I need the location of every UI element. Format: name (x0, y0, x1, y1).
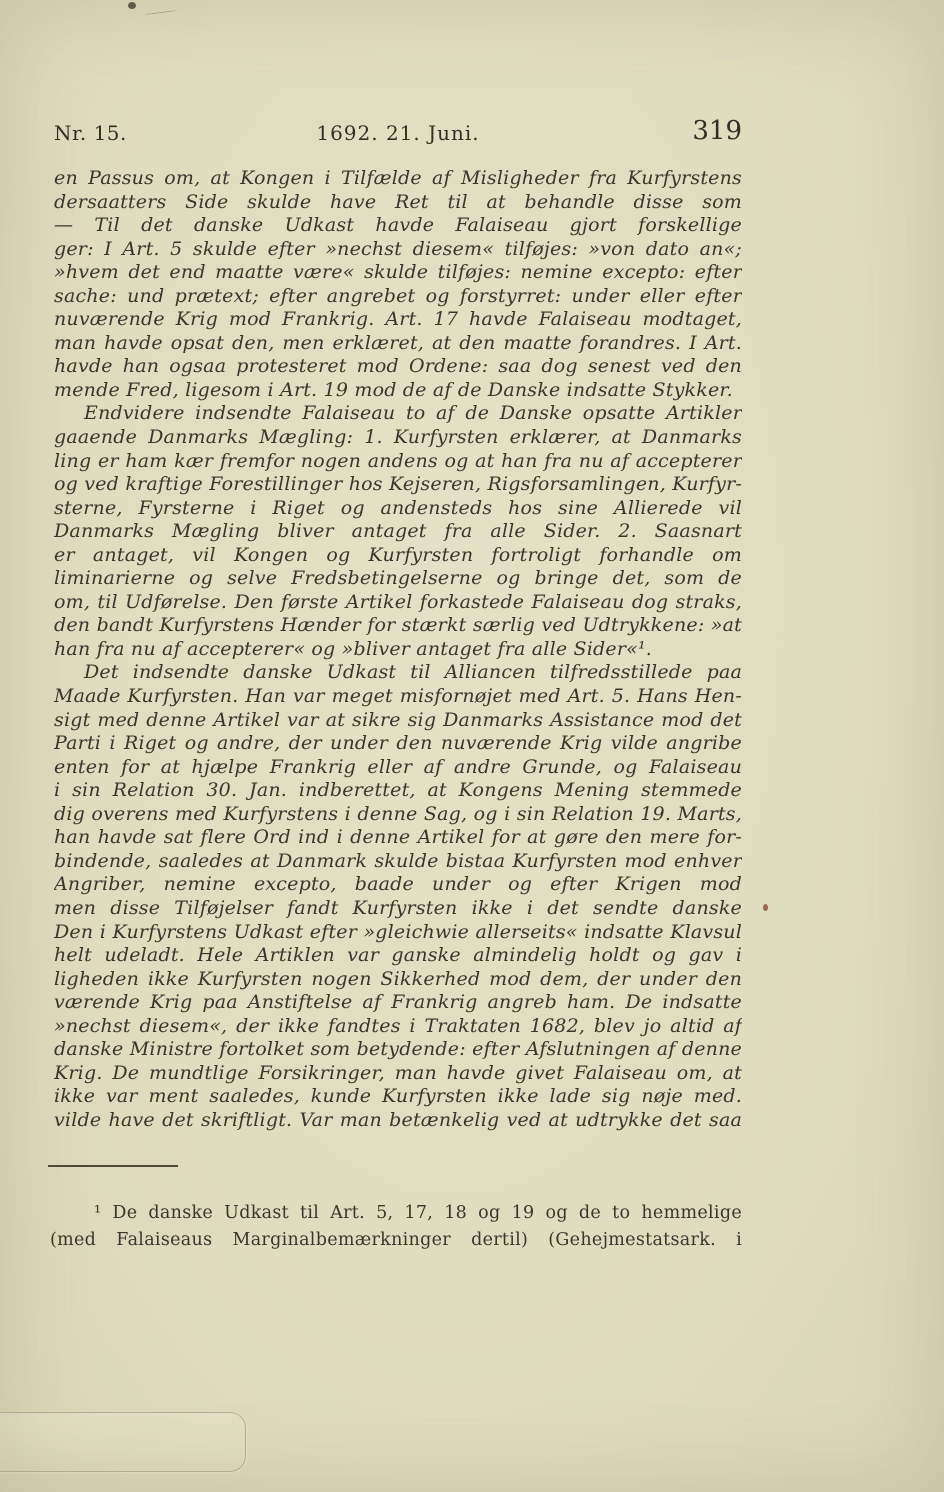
page-number: 319 (692, 116, 742, 146)
paragraph: Det indsendte danske Udkast til Alliance… (54, 661, 742, 1132)
text-line: dig overens med Kurfyrstens i denne Sag,… (54, 803, 742, 827)
text-line: enten for at hjælpe Frankrig eller af an… (54, 756, 742, 780)
text-line: man havde opsat den, men erklæret, at de… (54, 332, 742, 356)
text-line: dersaatters Side skulde have Ret til at … (54, 191, 742, 215)
text-line: sigt med denne Artikel var at sikre sig … (54, 709, 742, 733)
page-header: Nr. 15. 1692. 21. Juni. 319 (54, 119, 742, 149)
text-line: han fra nu af accepterer« og »bliver ant… (54, 638, 742, 662)
body-text: en Passus om, at Kongen i Tilfælde af Mi… (54, 167, 742, 1132)
text-line: om, til Udførelse. Den første Artikel fo… (54, 591, 742, 615)
footnote-line: (med Falaiseaus Marginalbemærkninger der… (50, 1227, 742, 1254)
text-line: bindende, saaledes at Danmark skulde bis… (54, 850, 742, 874)
footnote: ¹ De danske Udkast til Art. 5, 17, 18 og… (50, 1200, 742, 1254)
text-line: »nechst diesem«, der ikke fandtes i Trak… (54, 1015, 742, 1039)
text-line: liminarierne og selve Fredsbetingelserne… (54, 567, 742, 591)
text-line: havde han ogsaa protesteret mod Ordene: … (54, 355, 742, 379)
footnote-line: ¹ De danske Udkast til Art. 5, 17, 18 og… (50, 1200, 742, 1227)
text-line: »hvem det end maatte være« skulde tilføj… (54, 261, 742, 285)
text-line: Endvidere indsendte Falaiseau to af de D… (54, 402, 742, 426)
text-line: sache: und prætext; efter angrebet og fo… (54, 285, 742, 309)
paragraph: en Passus om, at Kongen i Tilfælde af Mi… (54, 167, 742, 402)
text-line: gaaende Danmarks Mægling: 1. Kurfyrsten … (54, 426, 742, 450)
text-line: ikke var ment saaledes, kunde Kurfyrsten… (54, 1085, 742, 1109)
paper-speck-red (763, 904, 768, 911)
text-line: Maade Kurfyrsten. Han var meget misfornø… (54, 685, 742, 709)
text-line: en Passus om, at Kongen i Tilfælde af Mi… (54, 167, 742, 191)
text-line: sterne, Fyrsterne i Riget og andensteds … (54, 497, 742, 521)
text-line: mende Fred, ligesom i Art. 19 mod de af … (54, 379, 742, 403)
book-page: Nr. 15. 1692. 21. Juni. 319 en Passus om… (0, 0, 944, 1492)
text-line: men disse Tilføjelser fandt Kurfyrsten i… (54, 897, 742, 921)
paragraph: Endvidere indsendte Falaiseau to af de D… (54, 402, 742, 661)
text-line: Angriber, nemine excepto, baade under og… (54, 873, 742, 897)
paper-scratch (144, 10, 178, 15)
text-line: ling er ham kær fremfor nogen andens og … (54, 450, 742, 474)
text-line: vilde have det skriftligt. Var man betæn… (54, 1109, 742, 1133)
text-line: Danmarks Mægling bliver antaget fra alle… (54, 520, 742, 544)
text-line: han havde sat flere Ord ind i denne Arti… (54, 826, 742, 850)
text-line: Parti i Riget og andre, der under den nu… (54, 732, 742, 756)
text-line: Det indsendte danske Udkast til Alliance… (54, 661, 742, 685)
text-line: og ved kraftige Forestillinger hos Kejse… (54, 473, 742, 497)
text-line: — Til det danske Udkast havde Falaiseau … (54, 214, 742, 238)
text-line: er antaget, vil Kongen og Kurfyrsten for… (54, 544, 742, 568)
text-line: danske Ministre fortolket som betydende:… (54, 1038, 742, 1062)
text-line: Den i Kurfyrstens Udkast efter »gleichwi… (54, 921, 742, 945)
text-line: værende Krig paa Anstiftelse af Frankrig… (54, 991, 742, 1015)
text-line: i sin Relation 30. Jan. indberettet, at … (54, 779, 742, 803)
text-line: den bandt Kurfyrstens Hænder for stærkt … (54, 614, 742, 638)
text-line: ligheden ikke Kurfyrsten nogen Sikkerhed… (54, 968, 742, 992)
document-number: Nr. 15. (54, 121, 127, 145)
paper-indentation-mark (0, 1412, 246, 1472)
text-line: nuværende Krig mod Frankrig. Art. 17 hav… (54, 308, 742, 332)
header-date: 1692. 21. Juni. (316, 121, 479, 145)
text-line: Krig. De mundtlige Forsikringer, man hav… (54, 1062, 742, 1086)
paper-speck-dark (128, 2, 136, 9)
text-line: helt udeladt. Hele Artiklen var ganske a… (54, 944, 742, 968)
footnote-separator-rule (48, 1165, 178, 1167)
text-line: ger: I Art. 5 skulde efter »nechst diese… (54, 238, 742, 262)
